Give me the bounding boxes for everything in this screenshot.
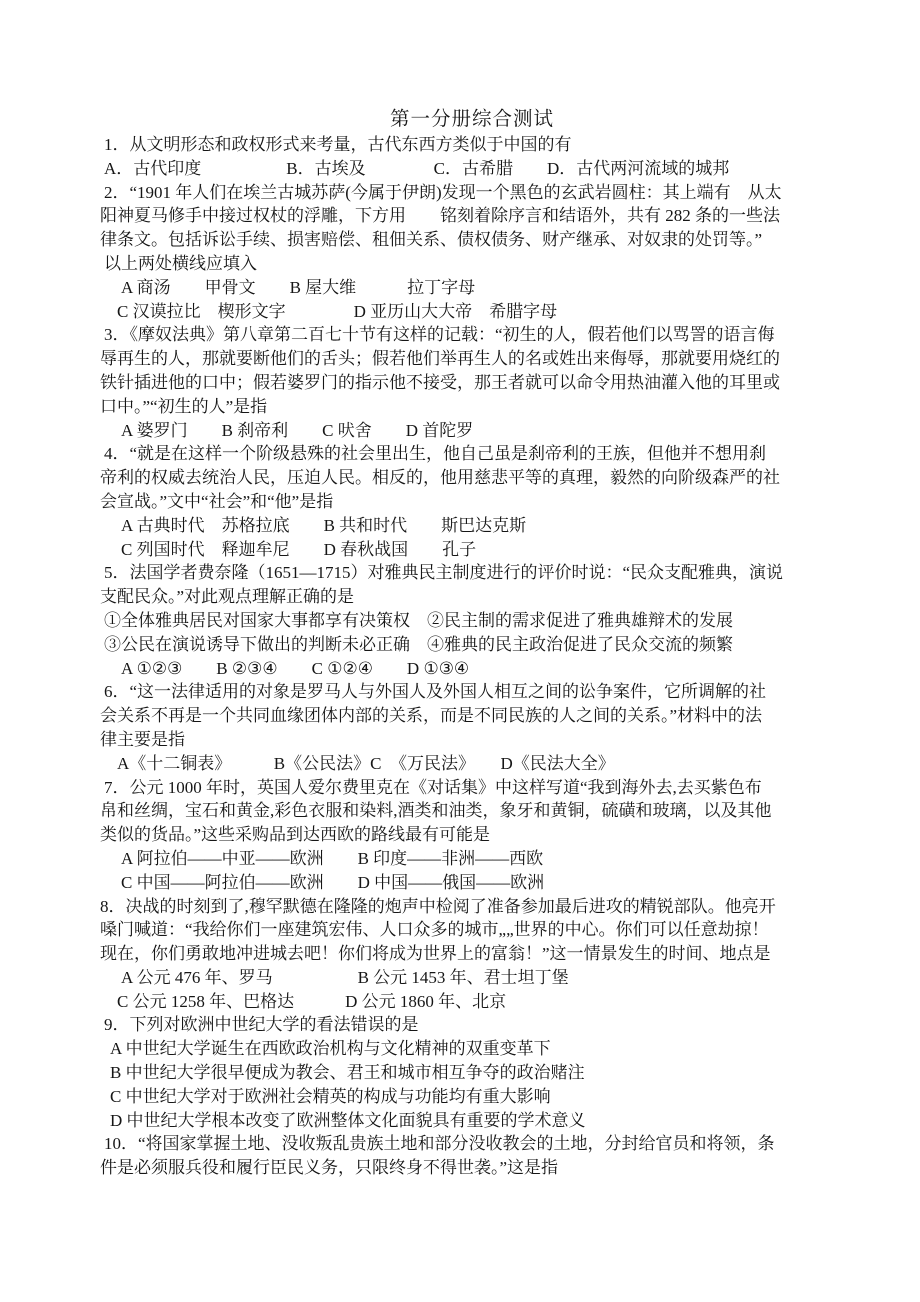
test-paper: 第一分册综合测试 1．从文明形态和政权形式来考量，古代东西方类似于中国的有A．古… xyxy=(100,106,844,1180)
text-line: C 中世纪大学对于欧洲社会精英的构成与功能均有重大影响 xyxy=(100,1085,844,1109)
text-line: 律条文。包括诉讼手续、损害赔偿、租佃关系、债权债务、财产继承、对奴隶的处罚等。” xyxy=(100,228,844,252)
text-line: 7．公元 1000 年时，英国人爱尔费里克在《对话集》中这样写道“我到海外去,去… xyxy=(100,776,844,800)
text-line: 8．决战的时刻到了,穆罕默德在隆隆的炮声中检阅了准备参加最后进攻的精锐部队。他亮… xyxy=(100,895,844,919)
text-line: A ①②③ B ②③④ C ①②④ D ①③④ xyxy=(100,657,844,681)
text-line: A 公元 476 年、罗马 B 公元 1453 年、君士坦丁堡 xyxy=(100,966,844,990)
text-line: 铁针插进他的口中；假若婆罗门的指示他不接受，那王者就可以命令用热油灌入他的耳里或 xyxy=(100,371,844,395)
text-line: ③公民在演说诱导下做出的判断未必正确 ④雅典的民主政治促进了民众交流的频繁 xyxy=(100,633,844,657)
question-8: 8．决战的时刻到了,穆罕默德在隆隆的炮声中检阅了准备参加最后进攻的精锐部队。他亮… xyxy=(100,895,844,1014)
text-line: A 婆罗门 B 刹帝利 C 吠舍 D 首陀罗 xyxy=(100,419,844,443)
text-line: 会关系不再是一个共同血缘团体内部的关系，而是不同民族的人之间的关系。”材料中的法 xyxy=(100,704,844,728)
text-line: A 古典时代 苏格拉底 B 共和时代 斯巴达克斯 xyxy=(100,514,844,538)
question-1: 1．从文明形态和政权形式来考量，古代东西方类似于中国的有A．古代印度 B．古埃及… xyxy=(100,133,844,181)
question-5: 5．法国学者费奈隆（1651—1715）对雅典民主制度进行的评价时说：“民众支配… xyxy=(100,561,844,680)
text-line: B 中世纪大学很早便成为教会、君王和城市相互争夺的政治赌注 xyxy=(100,1061,844,1085)
question-4: 4．“就是在这样一个阶级悬殊的社会里出生，他自己虽是刹帝利的王族，但他并不想用刹… xyxy=(100,442,844,561)
text-line: 支配民众。”对此观点理解正确的是 xyxy=(100,585,844,609)
text-line: 阳神夏马修手中接过权杖的浮雕，下方用 铭刻着除序言和结语外，共有 282 条的一… xyxy=(100,204,844,228)
text-line: C 公元 1258 年、巴格达 D 公元 1860 年、北京 xyxy=(100,990,844,1014)
text-line: C 汉谟拉比 楔形文字 D 亚历山大大帝 希腊字母 xyxy=(100,300,844,324)
question-2: 2．“1901 年人们在埃兰古城苏萨(今属于伊朗)发现一个黑色的玄武岩圆柱：其上… xyxy=(100,181,844,324)
text-line: 件是必须服兵役和履行臣民义务，只限终身不得世袭。”这是指 xyxy=(100,1156,844,1180)
text-line: 2．“1901 年人们在埃兰古城苏萨(今属于伊朗)发现一个黑色的玄武岩圆柱：其上… xyxy=(100,181,844,205)
text-line: C 列国时代 释迦牟尼 D 春秋战国 孔子 xyxy=(100,538,844,562)
text-line: 帝利的权威去统治人民，压迫人民。相反的，他用慈悲平等的真理，毅然的向阶级森严的社 xyxy=(100,466,844,490)
text-line: D 中世纪大学根本改变了欧洲整体文化面貌具有重要的学术意义 xyxy=(100,1109,844,1133)
text-line: 6．“这一法律适用的对象是罗马人与外国人及外国人相互之间的讼争案件，它所调解的社 xyxy=(100,680,844,704)
text-line: 类似的货品。”这些采购品到达西欧的路线最有可能是 xyxy=(100,823,844,847)
text-line: 3．《摩奴法典》第八章第二百七十节有这样的记载：“初生的人，假若他们以骂詈的语言… xyxy=(100,323,844,347)
document-page: 第一分册综合测试 1．从文明形态和政权形式来考量，古代东西方类似于中国的有A．古… xyxy=(0,0,920,1302)
text-line: 律主要是指 xyxy=(100,728,844,752)
question-6: 6．“这一法律适用的对象是罗马人与外国人及外国人相互之间的讼争案件，它所调解的社… xyxy=(100,680,844,775)
question-3: 3．《摩奴法典》第八章第二百七十节有这样的记载：“初生的人，假若他们以骂詈的语言… xyxy=(100,323,844,442)
text-line: 1．从文明形态和政权形式来考量，古代东西方类似于中国的有 xyxy=(100,133,844,157)
text-line: A．古代印度 B．古埃及 C．古希腊 D．古代两河流域的城邦 xyxy=(100,157,844,181)
text-line: ①全体雅典居民对国家大事都享有决策权 ②民主制的需求促进了雅典雄辩术的发展 xyxy=(100,609,844,633)
questions-container: 1．从文明形态和政权形式来考量，古代东西方类似于中国的有A．古代印度 B．古埃及… xyxy=(100,133,844,1180)
text-line: 口中。”“初生的人”是指 xyxy=(100,395,844,419)
text-line: C 中国——阿拉伯——欧洲 D 中国——俄国——欧洲 xyxy=(100,871,844,895)
text-line: 会宣战。”文中“社会”和“他”是指 xyxy=(100,490,844,514)
text-line: 4．“就是在这样一个阶级悬殊的社会里出生，他自己虽是刹帝利的王族，但他并不想用刹 xyxy=(100,442,844,466)
question-9: 9．下列对欧洲中世纪大学的看法错误的是A 中世纪大学诞生在西欧政治机构与文化精神… xyxy=(100,1013,844,1132)
text-line: 帛和丝绸，宝石和黄金,彩色衣服和染料,酒类和油类，象牙和黄铜，硫磺和玻璃，以及其… xyxy=(100,799,844,823)
text-line: 辱再生的人，那就要断他们的舌头；假若他们举再生人的名或姓出来侮辱，那就要用烧红的 xyxy=(100,347,844,371)
text-line: 5．法国学者费奈隆（1651—1715）对雅典民主制度进行的评价时说：“民众支配… xyxy=(100,561,844,585)
text-line: A 阿拉伯——中亚——欧洲 B 印度——非洲——西欧 xyxy=(100,847,844,871)
text-line: A 中世纪大学诞生在西欧政治机构与文化精神的双重变革下 xyxy=(100,1037,844,1061)
page-title: 第一分册综合测试 xyxy=(100,106,844,133)
text-line: 以上两处横线应填入 xyxy=(100,252,844,276)
text-line: A《十二铜表》 B《公民法》C 《万民法》 D《民法大全》 xyxy=(100,752,844,776)
text-line: A 商汤 甲骨文 B 屋大维 拉丁字母 xyxy=(100,276,844,300)
text-line: 现在，你们勇敢地冲进城去吧！你们将成为世界上的富翁！”这一情景发生的时间、地点是 xyxy=(100,942,844,966)
text-line: 10．“将国家掌握土地、没收叛乱贵族土地和部分没收教会的土地，分封给官员和将领，… xyxy=(100,1132,844,1156)
question-10: 10．“将国家掌握土地、没收叛乱贵族土地和部分没收教会的土地，分封给官员和将领，… xyxy=(100,1132,844,1180)
text-line: 9．下列对欧洲中世纪大学的看法错误的是 xyxy=(100,1013,844,1037)
text-line: 嗓门喊道：“我给你们一座建筑宏伟、人口众多的城市„„世界的中心。你们可以任意劫掠… xyxy=(100,918,844,942)
question-7: 7．公元 1000 年时，英国人爱尔费里克在《对话集》中这样写道“我到海外去,去… xyxy=(100,776,844,895)
